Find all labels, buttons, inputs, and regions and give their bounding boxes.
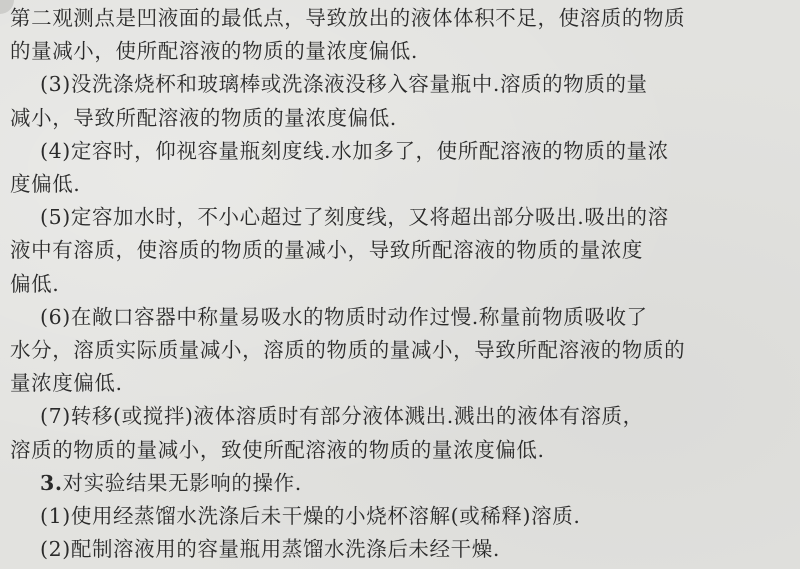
item-3: (3)没洗涤烧杯和玻璃棒或洗涤液没移入容量瓶中.溶质的物质的量 xyxy=(40,71,648,97)
text-line: 的量减小，使所配溶液的物质的量浓度偏低. xyxy=(10,38,418,64)
item-7: (7)转移(或搅拌)液体溶质时有部分液体溅出.溅出的液体有溶质， xyxy=(40,403,644,429)
section-title: 对实验结果无影响的操作. xyxy=(63,471,302,495)
item-6: (6)在敞口容器中称量易吸水的物质时动作过慢.称量前物质吸收了 xyxy=(40,304,648,330)
text-line: 偏低. xyxy=(10,271,59,297)
text-line: 第二观测点是凹液面的最低点，导致放出的液体体积不足，使溶质的物质 xyxy=(10,5,685,31)
item-1: (1)使用经蒸馏水洗涤后未干燥的小烧杯溶解(或稀释)溶质. xyxy=(40,503,580,529)
text-line: 度偏低. xyxy=(10,171,80,197)
scanned-page: 第二观测点是凹液面的最低点，导致放出的液体体积不足，使溶质的物质 的量减小，使所… xyxy=(0,0,800,569)
text-line: 液中有溶质，使溶质的物质的量减小，导致所配溶液的物质的量浓度 xyxy=(10,237,643,263)
item-4: (4)定容时，仰视容量瓶刻度线.水加多了，使所配溶液的物质的量浓 xyxy=(40,138,669,164)
item-5: (5)定容加水时，不小心超过了刻度线，又将超出部分吸出.吸出的溶 xyxy=(40,204,669,230)
text-line: 量浓度偏低. xyxy=(10,370,123,396)
item-2: (2)配制溶液用的容量瓶用蒸馏水洗涤后未经干燥. xyxy=(40,536,500,562)
text-line: 减小，导致所配溶液的物质的量浓度偏低. xyxy=(10,105,397,131)
text-line: 水分，溶质实际质量减小，溶质的物质的量减小，导致所配溶液的物质的 xyxy=(10,337,685,363)
section-heading-3: 3.对实验结果无影响的操作. xyxy=(40,470,302,496)
section-number: 3. xyxy=(40,471,63,495)
text-line: 溶质的物质的量减小，致使所配溶液的物质的量浓度偏低. xyxy=(10,437,545,463)
